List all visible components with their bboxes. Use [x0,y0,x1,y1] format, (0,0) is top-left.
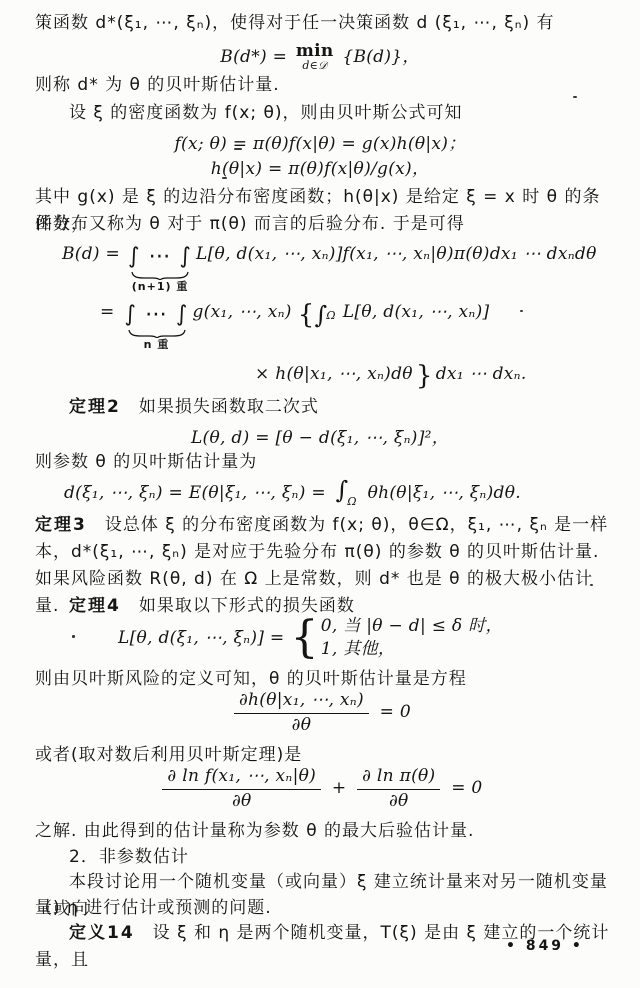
cases-group: L[θ, d(ξ₁, ⋯, ξₙ)] = { 0, 当 |θ − d| ≤ δ … [118,615,503,661]
scan-speck [520,310,523,312]
integral-subscript: Ω [326,309,335,322]
definition-label: 定义14 [69,923,135,943]
fraction: ∂h(θ|x₁, ⋯, xₙ) ∂θ [234,690,369,735]
equation-row-2: = ∫ ⋯ ∫ n 重 g(x₁, ⋯, xₙ) { ∫Ω L[θ, d(x₁,… [62,302,597,351]
integral-underbrace-group: ∫ ⋯ ∫ n 重 [125,302,189,351]
equation-quadratic-loss: L(θ, d) = [θ − d(ξ₁, ⋯, ξₙ)]²， [0,423,640,448]
scan-speck [573,96,577,98]
cases-body: 0, 当 |θ − d| ≤ δ 时， 1, 其他， [321,615,503,661]
paragraph: 或者(取对数后利用贝叶斯定理)是 [35,742,612,769]
paragraph: 则由贝叶斯风险的定义可知，θ 的贝叶斯估计量是方程 [35,666,612,693]
equation-rhs: = 0 [451,778,482,798]
underbrace-label: n 重 [144,338,170,351]
theorem-text: 如果损失函数取二次式 [121,397,319,417]
equation-bayes-estimator: d(ξ₁, ⋯, ξₙ) = E(θ|ξ₁, ⋯, ξₙ) = ∫Ω θh(θ|… [64,477,521,503]
left-curly-brace: { [298,302,315,328]
theorem-label: 定理4 [69,596,121,616]
equation-bayes-risk: B(d) = ∫ ⋯ ∫ (n+1) 重 L[θ, d(x₁, ⋯, xₙ)]f… [62,244,597,388]
equation-lhs: B(d*) = [220,47,287,67]
equation-min: B(d*) = min d∈𝒟 {B(d)}， [0,42,640,72]
estimator-rhs: θh(θ|ξ₁, ⋯, ξₙ)dθ. [368,483,521,503]
fraction-numerator: ∂h(θ|x₁, ⋯, xₙ) [234,690,369,714]
paragraph: 设 ξ 的密度函数为 f(x; θ)，则由贝叶斯公式可知 [35,100,612,127]
theorem-label: 定理2 [69,397,121,417]
scan-speck [72,635,75,638]
equation-row-1: B(d) = ∫ ⋯ ∫ (n+1) 重 L[θ, d(x₁, ⋯, xₙ)]f… [62,244,597,293]
risk-lhs: B(d) = [62,244,120,264]
equation-bayes-1: f(x; θ) = π(θ)f(x|θ) = g(x)h(θ|x)； [0,129,640,154]
scan-speck [590,584,593,586]
case-row: 0, 当 |θ − d| ≤ δ 时， [321,615,503,638]
theorem-2-heading: 定理2 如果损失函数取二次式 [35,394,612,421]
equation-rhs: = 0 [380,702,411,722]
equals-sign: = [100,302,115,322]
scanned-book-page: 策函数 d*(ξ₁, ⋯, ξₙ)，使得对于任一决策函数 d (ξ₁, ⋯, ξ… [0,0,640,988]
paragraph: 之解. 由此得到的估计量称为参数 θ 的最大后验估计量. [35,818,612,845]
fraction-numerator: ∂ ln π(θ) [357,766,440,790]
right-curly-brace: } [416,364,433,388]
theorem-label: 定理3 [35,515,87,535]
min-word: min [296,42,334,60]
risk-body-1: L[θ, d(x₁, ⋯, xₙ)]f(x₁, ⋯, xₙ|θ)π(θ)dx₁ … [196,244,597,264]
plus-sign: + [332,778,347,798]
section-heading: 2．非参数估计 [35,844,612,871]
scan-speck [222,177,227,179]
scan-speck [234,148,242,150]
risk-body-3: L[θ, d(x₁, ⋯, xₙ)] [343,302,490,322]
cases-brace: { [290,616,318,660]
multiple-integral: ∫ ⋯ ∫ [128,244,192,270]
case-row: 1, 其他， [321,638,503,661]
equation-log-derivative: ∂ ln f(x₁, ⋯, xₙ|θ) ∂θ + ∂ ln π(θ) ∂θ = … [0,766,640,811]
paragraph: 量) η 进行估计或预测的问题. [35,895,612,922]
risk-body-2: g(x₁, ⋯, xₙ) [192,302,291,322]
multiple-integral: ∫ ⋯ ∫ [125,302,189,328]
paragraph: 函数，又称为 θ 对于 π(θ) 而言的后验分布. 于是可得 [35,211,612,238]
theorem-text: 设总体 ξ 的分布密度函数为 f(x; θ)，θ∈Ω，ξ₁, ⋯, ξₙ 是一样 [87,515,608,535]
underbrace-icon [131,271,189,280]
min-subscript: d∈𝒟 [302,60,327,72]
fraction: ∂ ln f(x₁, ⋯, xₙ|θ) ∂θ [162,766,321,811]
integral-subscript: Ω [347,495,356,508]
equation-loss-cases: L[θ, d(ξ₁, ⋯, ξₙ)] = { 0, 当 |θ − d| ≤ δ … [118,615,503,661]
equation-row-3: × h(θ|x₁, ⋯, xₙ)dθ } dx₁ ⋯ dxₙ. [62,364,597,388]
theorem-text: 如果取以下形式的损失函数 [121,596,355,616]
cases-lhs: L[θ, d(ξ₁, ⋯, ξₙ)] = [118,628,284,648]
page-number: • 849 • [506,938,584,954]
underbrace-icon [128,329,186,338]
min-operator: min d∈𝒟 [296,42,334,72]
fraction-numerator: ∂ ln f(x₁, ⋯, xₙ|θ) [162,766,321,790]
risk-body-4: × h(θ|x₁, ⋯, xₙ)dθ [255,364,413,384]
fraction-denominator: ∂θ [389,790,409,811]
paragraph: 则参数 θ 的贝叶斯估计量为 [35,449,612,476]
fraction: ∂ ln π(θ) ∂θ [357,766,440,811]
equation-bayes-2: h(θ|x) = π(θ)f(x|θ)/g(x)， [0,154,640,179]
fraction-denominator: ∂θ [292,714,312,735]
underbrace-label: (n+1) 重 [132,280,189,293]
equation-posterior-derivative: ∂h(θ|x₁, ⋯, xₙ) ∂θ = 0 [0,690,640,735]
estimator-lhs: d(ξ₁, ⋯, ξₙ) = E(θ|ξ₁, ⋯, ξₙ) = [64,483,326,503]
paragraph: 策函数 d*(ξ₁, ⋯, ξₙ)，使得对于任一决策函数 d (ξ₁, ⋯, ξ… [35,10,612,37]
risk-tail: dx₁ ⋯ dxₙ. [436,364,527,384]
equation-rhs: {B(d)}， [342,47,419,67]
integral-underbrace-group: ∫ ⋯ ∫ (n+1) 重 [128,244,192,293]
paragraph: 则称 d* 为 θ 的贝叶斯估计量. [35,72,612,99]
fraction-denominator: ∂θ [232,790,252,811]
